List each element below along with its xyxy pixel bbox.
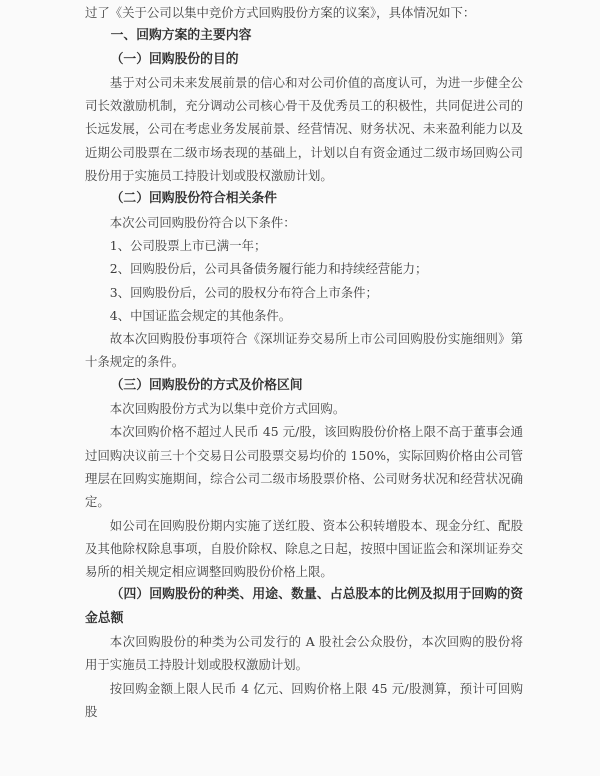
document-paragraph: 4、中国证监会规定的其他条件。 [85,304,523,327]
document-paragraph: 本次回购股份的种类为公司发行的 A 股社会公众股份，本次回购的股份将用于实施员工… [85,630,523,677]
document-heading: （二）回购股份符合相关条件 [85,187,523,210]
document-paragraph: 本次公司回购股份符合以下条件： [85,211,523,234]
document-paragraph: 3、回购股份后，公司的股权分布符合上市条件； [85,281,523,304]
document-paragraph: 过了《关于公司以集中竞价方式回购股份方案的议案》，具体情况如下： [85,1,523,24]
document-paragraph: 1、公司股票上市已满一年； [85,234,523,257]
document-paragraph: 故本次回购股份事项符合《深圳证券交易所上市公司回购股份实施细则》第十条规定的条件… [85,327,523,374]
document-paragraph: 本次回购股份方式为以集中竞价方式回购。 [85,397,523,420]
document-paragraph: 按回购金额上限人民币 4 亿元、回购价格上限 45 元/股测算，预计可回购股 [85,677,523,724]
document-body: 过了《关于公司以集中竞价方式回购股份方案的议案》，具体情况如下：一、回购方案的主… [85,1,523,723]
document-heading: （一）回购股份的目的 [85,48,523,71]
document-heading: （三）回购股份的方式及价格区间 [85,374,523,397]
document-paragraph: 2、回购股份后，公司具备债务履行能力和持续经营能力； [85,257,523,280]
document-paragraph: 本次回购价格不超过人民币 45 元/股，该回购股份价格上限不高于董事会通过回购决… [85,420,523,513]
document-heading: 一、回购方案的主要内容 [85,24,523,47]
document-page: 过了《关于公司以集中竞价方式回购股份方案的议案》，具体情况如下：一、回购方案的主… [0,0,600,776]
document-paragraph: 如公司在回购股份期内实施了送红股、资本公积转增股本、现金分红、配股及其他除权除息… [85,514,523,584]
document-heading: （四）回购股份的种类、用途、数量、占总股本的比例及拟用于回购的资金总额 [85,583,523,630]
document-paragraph: 基于对公司未来发展前景的信心和对公司价值的高度认可，为进一步健全公司长效激励机制… [85,71,523,187]
